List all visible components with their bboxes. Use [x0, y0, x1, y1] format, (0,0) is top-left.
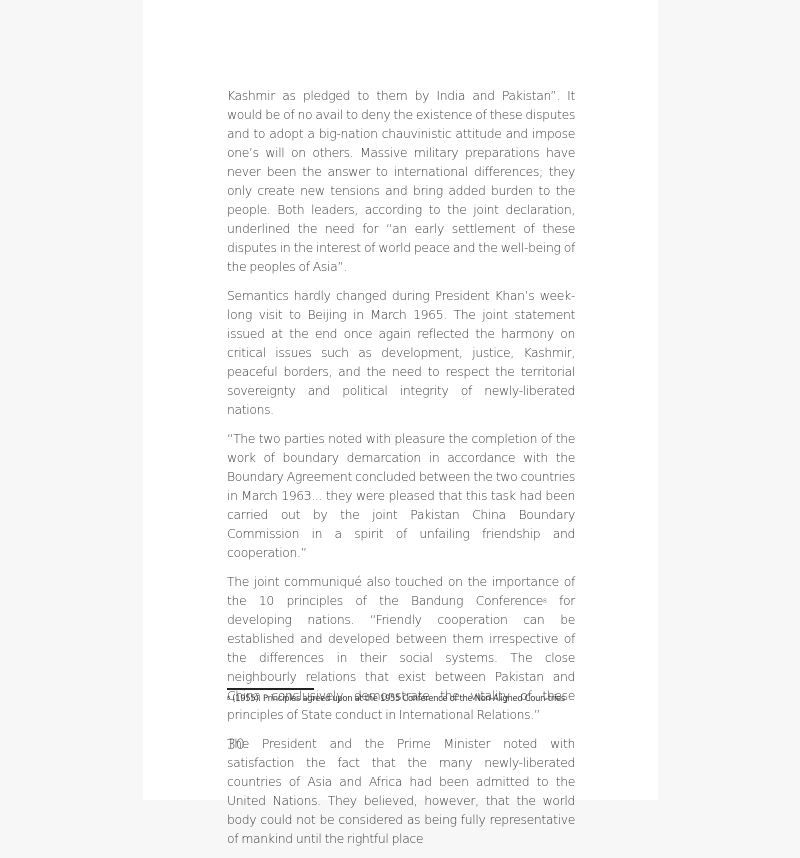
book-page: Kashmir as pledged to them by India and … [143, 0, 658, 800]
footnote: 8 (1955). Principles agreed upon at the … [227, 692, 575, 704]
paragraph-united-nations: The President and the Prime Minister not… [227, 734, 575, 800]
footnote-divider [227, 688, 314, 690]
footnote-reference: 8 [543, 598, 546, 605]
footnote-text: (1955). Principles agreed upon at the 19… [230, 693, 565, 703]
bandung-text-before: The joint communiqué also touched on the… [227, 574, 575, 608]
page-number: 30 [227, 737, 245, 753]
paragraph-boundary-quote: “The two parties noted with pleasure the… [227, 429, 575, 562]
footnote-mark: 8 [227, 696, 230, 702]
paragraph-beijing-visit: Semantics hardly changed during Presiden… [227, 286, 575, 419]
paragraph-kashmir-disputes: Kashmir as pledged to them by India and … [227, 86, 575, 276]
